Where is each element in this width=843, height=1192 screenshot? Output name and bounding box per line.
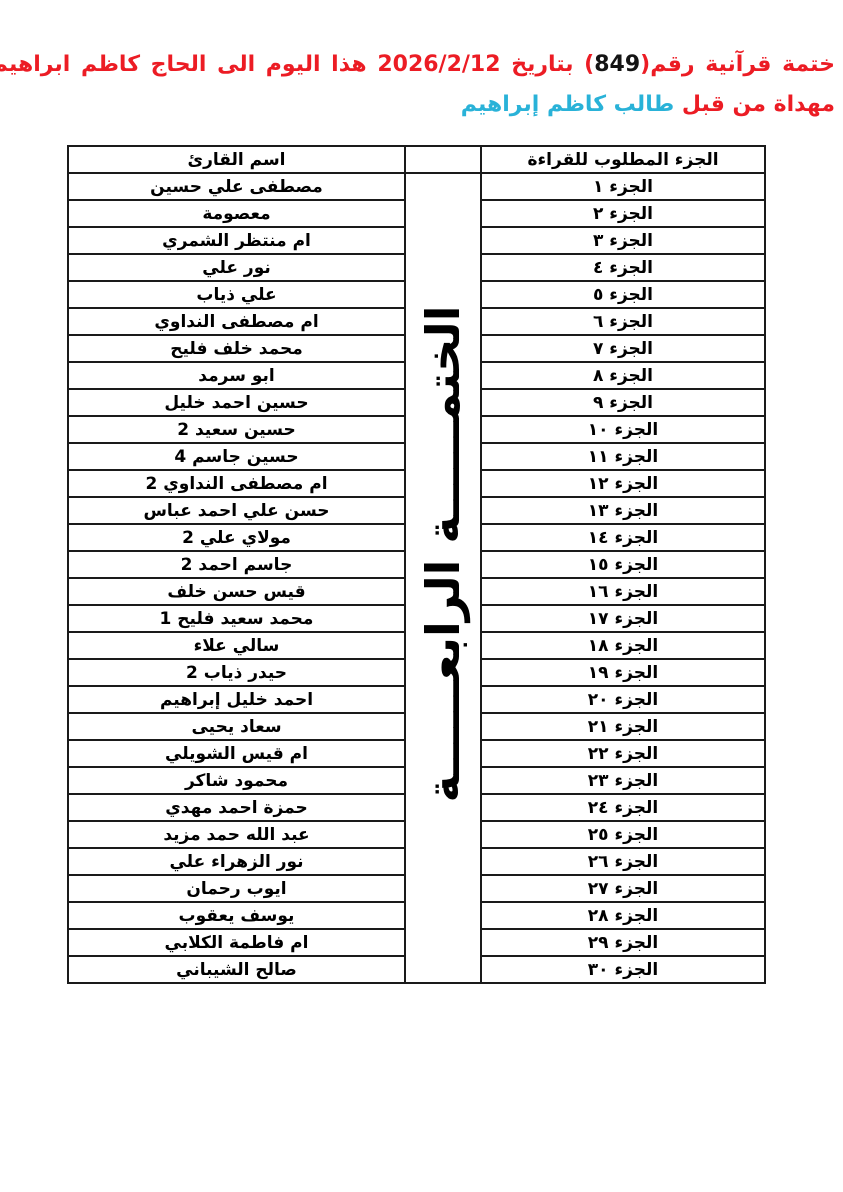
juz-cell: الجزء ١٩: [481, 659, 765, 686]
reader-name-cell: ام منتظر الشمري: [68, 227, 405, 254]
reader-name-cell: ام مصطفى النداوي: [68, 308, 405, 335]
title-prefix: ختمة قرآنية رقم(: [640, 52, 835, 77]
juz-cell: الجزء ٥: [481, 281, 765, 308]
juz-cell: الجزء ٢٠: [481, 686, 765, 713]
juz-cell: الجزء ٨: [481, 362, 765, 389]
table-row: الجزء ١الختمــــــة الرابعــــــةمصطفى ع…: [68, 173, 765, 200]
juz-cell: الجزء ١٦: [481, 578, 765, 605]
juz-cell: الجزء ٧: [481, 335, 765, 362]
juz-cell: الجزء ٢٧: [481, 875, 765, 902]
juz-cell: الجزء ١٣: [481, 497, 765, 524]
reader-name-cell: ابو سرمد: [68, 362, 405, 389]
reader-name-cell: مصطفى علي حسين: [68, 173, 405, 200]
document-page: ختمة قرآنية رقم(849) بتاريخ 2026/2/12 هذ…: [0, 0, 843, 1192]
table-body: الجزء ١الختمــــــة الرابعــــــةمصطفى ع…: [68, 173, 765, 983]
juz-cell: الجزء ٢٥: [481, 821, 765, 848]
juz-cell: الجزء ٢٩: [481, 929, 765, 956]
juz-cell: الجزء ١٧: [481, 605, 765, 632]
reader-name-cell: معصومة: [68, 200, 405, 227]
juz-cell: الجزء ٤: [481, 254, 765, 281]
reader-name-cell: محمود شاكر: [68, 767, 405, 794]
reader-name-cell: ام قيس الشويلي: [68, 740, 405, 767]
reader-name-cell: حسين احمد خليل: [68, 389, 405, 416]
juz-cell: الجزء ١٨: [481, 632, 765, 659]
juz-cell: الجزء ٦: [481, 308, 765, 335]
reader-name-cell: حمزة احمد مهدي: [68, 794, 405, 821]
juz-cell: الجزء ٢٣: [481, 767, 765, 794]
reader-name-cell: ام مصطفى النداوي 2: [68, 470, 405, 497]
juz-cell: الجزء ٢: [481, 200, 765, 227]
reader-name-cell: ام فاطمة الكلابي: [68, 929, 405, 956]
reader-name-cell: حيدر ذياب 2: [68, 659, 405, 686]
juz-cell: الجزء ٩: [481, 389, 765, 416]
juz-cell: الجزء ١: [481, 173, 765, 200]
reader-name-cell: علي ذياب: [68, 281, 405, 308]
khatma-number: 849: [594, 52, 640, 77]
reader-name-cell: محمد سعيد فليح 1: [68, 605, 405, 632]
reader-name-cell: حسين سعيد 2: [68, 416, 405, 443]
reader-name-column-header: اسم القارئ: [68, 146, 405, 173]
juz-cell: الجزء ١٢: [481, 470, 765, 497]
dedicator-name: طالب كاظم إبراهيم: [461, 92, 674, 117]
reader-name-cell: ايوب رحمان: [68, 875, 405, 902]
juz-cell: الجزء ٢٢: [481, 740, 765, 767]
juz-cell: الجزء ١٠: [481, 416, 765, 443]
title-line-1: ختمة قرآنية رقم(849) بتاريخ 2026/2/12 هذ…: [60, 50, 835, 80]
reader-name-cell: قيس حسن خلف: [68, 578, 405, 605]
juz-cell: الجزء ٣٠: [481, 956, 765, 983]
reader-name-cell: عبد الله حمد مزيد: [68, 821, 405, 848]
table-header-row: الجزء المطلوب للقراءة اسم القارئ: [68, 146, 765, 173]
juz-cell: الجزء ١٤: [481, 524, 765, 551]
reader-name-cell: صالح الشيباني: [68, 956, 405, 983]
khatma-label-cell: الختمــــــة الرابعــــــة: [405, 173, 481, 983]
reader-name-cell: حسن علي احمد عباس: [68, 497, 405, 524]
juz-cell: الجزء ٢١: [481, 713, 765, 740]
reader-name-cell: سالي علاء: [68, 632, 405, 659]
dedication-text: مهداة من قبل: [682, 92, 835, 117]
reader-name-cell: نور الزهراء علي: [68, 848, 405, 875]
reader-name-cell: احمد خليل إبراهيم: [68, 686, 405, 713]
reader-name-cell: يوسف يعقوب: [68, 902, 405, 929]
juz-cell: الجزء ٢٨: [481, 902, 765, 929]
khatma-title-vertical: الختمــــــة الرابعــــــة: [416, 305, 470, 802]
reader-name-cell: محمد خلف فليح: [68, 335, 405, 362]
title-suffix: ) بتاريخ 2026/2/12 هذا اليوم الى الحاج ك…: [0, 52, 594, 77]
khatma-column-header: [405, 146, 481, 173]
juz-cell: الجزء ١١: [481, 443, 765, 470]
reader-name-cell: سعاد يحيى: [68, 713, 405, 740]
juz-cell: الجزء ٢٦: [481, 848, 765, 875]
reader-name-cell: نور علي: [68, 254, 405, 281]
reader-name-cell: حسين جاسم 4: [68, 443, 405, 470]
juz-cell: الجزء ٣: [481, 227, 765, 254]
title-line-2: مهداة من قبل طالب كاظم إبراهيم: [60, 91, 835, 120]
juz-column-header: الجزء المطلوب للقراءة: [481, 146, 765, 173]
juz-cell: الجزء ١٥: [481, 551, 765, 578]
reader-name-cell: مولاي علي 2: [68, 524, 405, 551]
juz-cell: الجزء ٢٤: [481, 794, 765, 821]
document-header: ختمة قرآنية رقم(849) بتاريخ 2026/2/12 هذ…: [60, 50, 835, 119]
reader-name-cell: جاسم احمد 2: [68, 551, 405, 578]
khatma-table: الجزء المطلوب للقراءة اسم القارئ الجزء ١…: [67, 145, 766, 984]
